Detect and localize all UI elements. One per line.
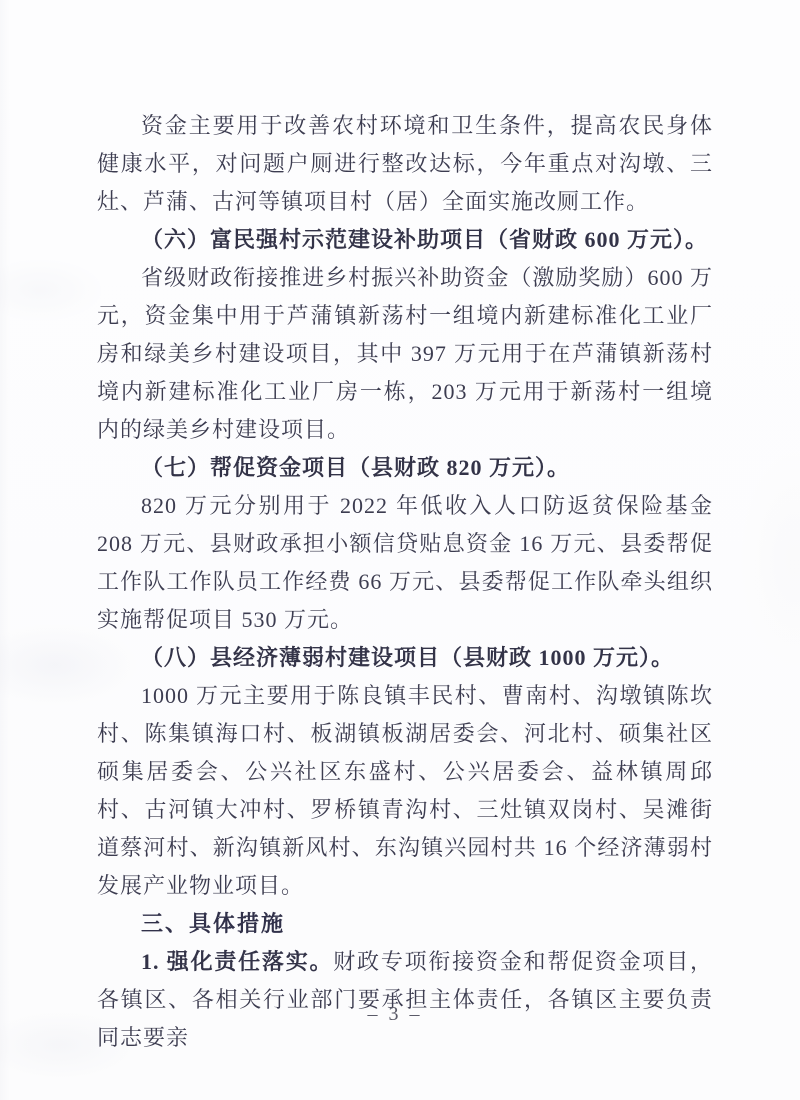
document-text-block: 资金主要用于改善农村环境和卫生条件，提高农民身体健康水平，对问题户厕进行整改达标… [97, 107, 713, 1057]
paragraph-item-seven: 820 万元分别用于 2022 年低收入人口防返贫保险基金 208 万元、县财政… [97, 487, 713, 639]
paper-edge-shade [0, 0, 10, 1100]
heading-item-six: （六）富民强村示范建设补助项目（省财政 600 万元）。 [97, 221, 713, 259]
heading-item-eight: （八）县经济薄弱村建设项目（县财政 1000 万元）。 [97, 639, 713, 677]
paragraph-toilet-renovation: 资金主要用于改善农村环境和卫生条件，提高农民身体健康水平，对问题户厕进行整改达标… [97, 107, 713, 221]
paragraph-item-eight: 1000 万元主要用于陈良镇丰民村、曹南村、沟墩镇陈坎村、陈集镇海口村、板湖镇板… [97, 677, 713, 905]
paragraph-measure-one: 1. 强化责任落实。财政专项衔接资金和帮促资金项目，各镇区、各相关行业部门要承担… [97, 943, 713, 1057]
scanned-document-page: 资金主要用于改善农村环境和卫生条件，提高农民身体健康水平，对问题户厕进行整改达标… [0, 0, 800, 1100]
paragraph-item-six: 省级财政衔接推进乡村振兴补助资金（激励奖励）600 万元，资金集中用于芦蒲镇新荡… [97, 259, 713, 449]
section-heading-three: 三、具体措施 [97, 905, 713, 943]
measure-one-lead: 1. 强化责任落实。 [141, 949, 333, 974]
heading-item-seven: （七）帮促资金项目（县财政 820 万元）。 [97, 449, 713, 487]
page-number: – 3 – [0, 1003, 790, 1026]
